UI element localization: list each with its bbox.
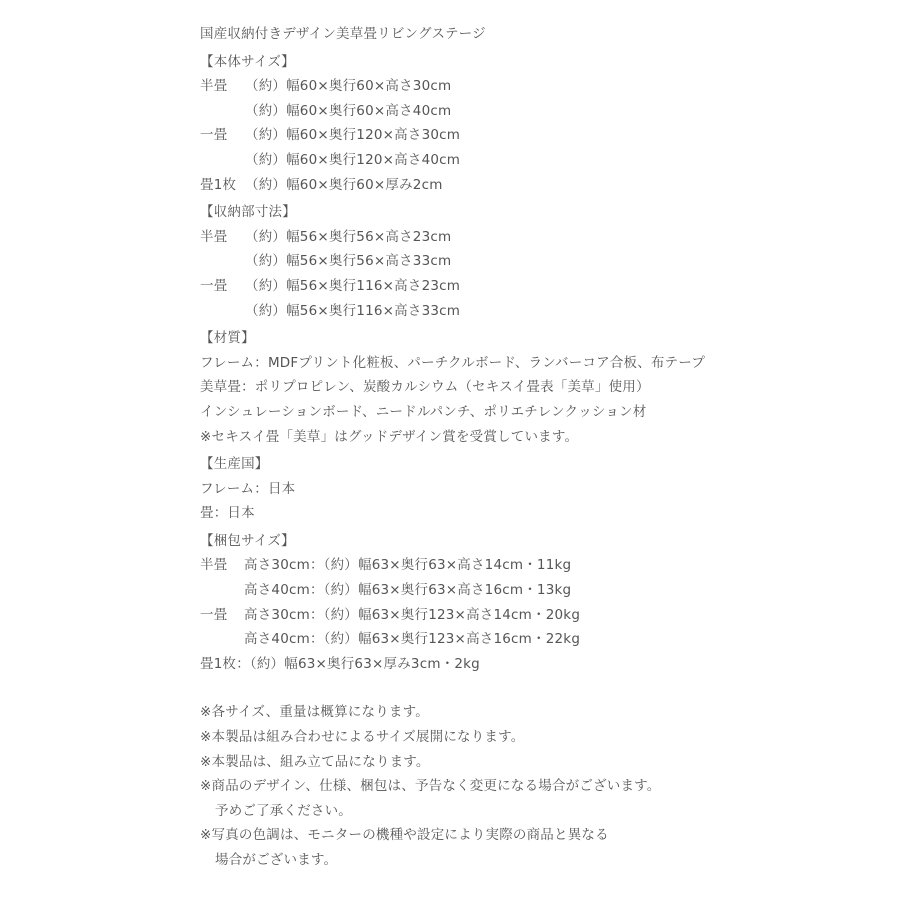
row-value: （約）幅56×奥行116×高さ23cm <box>245 274 460 299</box>
section-package-size: 【梱包サイズ】 半畳高さ30cm：（約）幅63×奥行63×高さ14cm・11kg… <box>200 529 820 677</box>
spec-row: 一畳（約）幅60×奥行120×高さ30cm <box>200 123 820 148</box>
row-label <box>200 249 245 274</box>
row-label: 畳1枚 <box>200 173 245 198</box>
spec-row: 半畳（約）幅60×奥行60×高さ30cm <box>200 74 820 99</box>
material-line: インシュレーションボード、ニードルパンチ、ポリエチレンクッション材 <box>200 400 820 425</box>
section-origin: 【生産国】 フレーム：日本 畳：日本 <box>200 452 820 526</box>
spec-row: 半畳高さ30cm：（約）幅63×奥行63×高さ14cm・11kg <box>200 553 820 578</box>
row-label: 一畳 <box>200 123 245 148</box>
row-value: （約）幅56×奥行56×高さ23cm <box>245 225 451 250</box>
spacer <box>200 676 820 700</box>
spec-row: 高さ40cm：（約）幅63×奥行123×高さ16cm・22kg <box>200 627 820 652</box>
row-label: 一畳 <box>200 603 244 628</box>
row-value: （約）幅56×奥行116×高さ33cm <box>245 299 460 324</box>
row-label <box>200 578 244 603</box>
note-line: ※商品のデザイン、仕様、梱包は、予告なく変更になる場合がございます。 <box>200 774 820 799</box>
spec-row: （約）幅56×奥行116×高さ33cm <box>200 299 820 324</box>
spec-row: 畳1枚（約）幅60×奥行60×厚み2cm <box>200 173 820 198</box>
product-title: 国産収納付きデザイン美草畳リビングステージ <box>200 22 820 47</box>
spec-row-single-tatami: 畳1枚：（約）幅63×奥行63×厚み3cm・2kg <box>200 652 820 677</box>
spec-row: 一畳高さ30cm：（約）幅63×奥行123×高さ14cm・20kg <box>200 603 820 628</box>
row-value: （約）幅56×奥行56×高さ33cm <box>245 249 451 274</box>
spec-row: 一畳（約）幅56×奥行116×高さ23cm <box>200 274 820 299</box>
section-material: 【材質】 フレーム：MDFプリント化粧板、パーチクルボード、ランバーコア合板、布… <box>200 326 820 449</box>
origin-line: 畳：日本 <box>200 501 820 526</box>
row-value: 高さ30cm：（約）幅63×奥行63×高さ14cm・11kg <box>244 553 571 578</box>
spec-row: （約）幅60×奥行60×高さ40cm <box>200 99 820 124</box>
material-note: ※セキスイ畳「美草」はグッドデザイン賞を受賞しています。 <box>200 425 820 450</box>
spec-row: 高さ40cm：（約）幅63×奥行63×高さ16cm・13kg <box>200 578 820 603</box>
row-value: （約）幅60×奥行60×厚み2cm <box>245 173 443 198</box>
note-line: ※本製品は、組み立て品になります。 <box>200 750 820 775</box>
spec-row: 半畳（約）幅56×奥行56×高さ23cm <box>200 225 820 250</box>
row-value: （約）幅60×奥行60×高さ30cm <box>245 74 451 99</box>
row-value: 高さ30cm：（約）幅63×奥行123×高さ14cm・20kg <box>244 603 580 628</box>
section-heading: 【本体サイズ】 <box>200 50 820 75</box>
section-heading: 【収納部寸法】 <box>200 200 820 225</box>
section-notes: ※各サイズ、重量は概算になります。 ※本製品は組み合わせによるサイズ展開になりま… <box>200 700 820 872</box>
row-label <box>200 99 245 124</box>
material-line: フレーム：MDFプリント化粧板、パーチクルボード、ランバーコア合板、布テープ <box>200 351 820 376</box>
row-label <box>200 627 244 652</box>
section-storage-size: 【収納部寸法】 半畳（約）幅56×奥行56×高さ23cm （約）幅56×奥行56… <box>200 200 820 323</box>
row-label <box>200 299 245 324</box>
note-line-continued: 予めご了承ください。 <box>200 799 820 824</box>
note-line: ※本製品は組み合わせによるサイズ展開になります。 <box>200 725 820 750</box>
section-heading: 【材質】 <box>200 326 820 351</box>
product-spec-document: 国産収納付きデザイン美草畳リビングステージ 【本体サイズ】 半畳（約）幅60×奥… <box>200 22 820 873</box>
row-label <box>200 148 245 173</box>
section-body-size: 【本体サイズ】 半畳（約）幅60×奥行60×高さ30cm （約）幅60×奥行60… <box>200 50 820 198</box>
spec-row: （約）幅56×奥行56×高さ33cm <box>200 249 820 274</box>
row-value: 高さ40cm：（約）幅63×奥行123×高さ16cm・22kg <box>244 627 580 652</box>
section-heading: 【梱包サイズ】 <box>200 529 820 554</box>
row-label: 半畳 <box>200 225 245 250</box>
material-line: 美草畳：ポリプロピレン、炭酸カルシウム（セキスイ畳表「美草」使用） <box>200 375 820 400</box>
row-label: 半畳 <box>200 74 245 99</box>
row-value: （約）幅60×奥行60×高さ40cm <box>245 99 451 124</box>
row-value: （約）幅60×奥行120×高さ30cm <box>245 123 460 148</box>
section-heading: 【生産国】 <box>200 452 820 477</box>
row-value: 高さ40cm：（約）幅63×奥行63×高さ16cm・13kg <box>244 578 571 603</box>
note-line-continued: 場合がございます。 <box>200 848 820 873</box>
row-value: （約）幅60×奥行120×高さ40cm <box>245 148 460 173</box>
note-line: ※写真の色調は、モニターの機種や設定により実際の商品と異なる <box>200 823 820 848</box>
note-line: ※各サイズ、重量は概算になります。 <box>200 700 820 725</box>
row-label: 半畳 <box>200 553 244 578</box>
row-label: 一畳 <box>200 274 245 299</box>
spec-row: （約）幅60×奥行120×高さ40cm <box>200 148 820 173</box>
origin-line: フレーム：日本 <box>200 477 820 502</box>
